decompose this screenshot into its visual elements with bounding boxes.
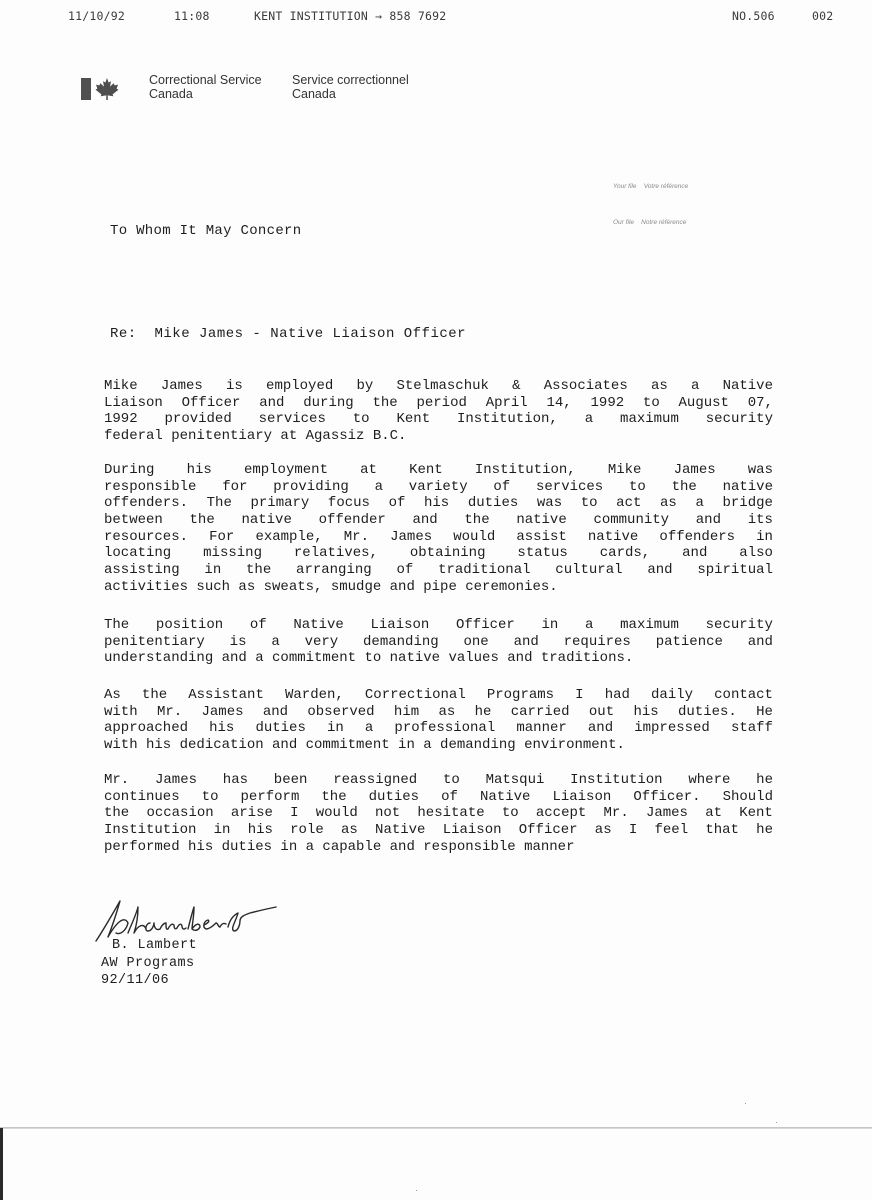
word: providing	[273, 479, 349, 496]
paragraph-line: resources.Forexample,Mr.Jameswouldassist…	[104, 529, 773, 546]
fax-page-number: 002	[812, 9, 833, 23]
word: has	[223, 772, 248, 789]
word: Programs	[487, 687, 554, 704]
subject-line: Re: Mike James - Native Liaison Officer	[110, 326, 466, 342]
paragraph-line: assistinginthearrangingoftraditionalcult…	[104, 562, 773, 579]
word: Mike	[608, 462, 642, 479]
word: where	[688, 772, 730, 789]
word: Liaison	[552, 789, 611, 806]
word: services	[259, 411, 326, 428]
word: as	[341, 822, 358, 839]
word: between	[104, 512, 163, 529]
word: security	[706, 617, 773, 634]
word: obtaining	[410, 545, 486, 562]
word: as	[651, 378, 668, 395]
word: provided	[165, 411, 232, 428]
paragraph-line-words: betweenthenativeoffenderandthenativecomm…	[104, 512, 773, 529]
word: the	[246, 562, 271, 579]
word: and	[696, 512, 721, 529]
word: hesitate	[417, 805, 484, 822]
word: in	[542, 617, 559, 634]
word: Officer	[182, 395, 241, 412]
word: approached	[104, 720, 188, 737]
fax-number: NO.506	[732, 9, 775, 23]
word: Liaison	[443, 822, 502, 839]
word: its	[748, 512, 773, 529]
word: position	[156, 617, 223, 634]
word: duties	[369, 789, 419, 806]
word: the	[672, 479, 697, 496]
word: traditional	[438, 562, 530, 579]
our-file-reference-label: Our file Notre référence	[613, 219, 686, 226]
word: The	[207, 495, 232, 512]
word: duties	[468, 495, 518, 512]
word: Native	[375, 822, 425, 839]
word: duties.	[678, 704, 737, 721]
fax-time: 11:08	[174, 9, 210, 23]
word: Native	[480, 789, 530, 806]
paragraph-line: locatingmissingrelatives,obtainingstatus…	[104, 545, 773, 562]
scan-speck	[776, 1122, 777, 1123]
fax-sender: KENT INSTITUTION → 858 7692	[254, 9, 446, 23]
word: the	[464, 512, 489, 529]
word: is	[230, 634, 247, 651]
word: James	[155, 772, 197, 789]
word: native	[516, 512, 566, 529]
word: Native	[293, 617, 343, 634]
paragraph-line-words: responsibleforprovidingavarietyofservice…	[104, 479, 773, 496]
paragraph-line-words: continuestoperformthedutiesofNativeLiais…	[104, 789, 773, 806]
letter-paragraph: DuringhisemploymentatKentInstitution,Mik…	[104, 462, 773, 596]
word: focus	[328, 495, 370, 512]
word: James	[201, 704, 243, 721]
word: a	[695, 495, 703, 512]
word: a	[365, 720, 373, 737]
word: his	[248, 822, 273, 839]
paragraph-line: performed his duties in a capable and re…	[104, 839, 773, 856]
word: relatives,	[294, 545, 378, 562]
word: accept	[536, 805, 586, 822]
word: maximum	[620, 617, 679, 634]
word: April	[486, 395, 528, 412]
word: During	[104, 462, 154, 479]
word: impressed	[634, 720, 710, 737]
word: that	[705, 822, 739, 839]
paragraph-line-words: ThepositionofNativeLiaisonOfficerinamaxi…	[104, 617, 773, 634]
agency-fr-line1: Service correctionnel	[292, 73, 409, 87]
maple-leaf-icon	[95, 78, 119, 100]
word: Mr.	[604, 805, 629, 822]
word: services	[536, 479, 603, 496]
word: of	[441, 789, 458, 806]
paragraph-line-words: Mr.JameshasbeenreassignedtoMatsquiInstit…	[104, 772, 773, 789]
agency-en-line2: Canada	[149, 87, 262, 101]
paragraph-line: 1992providedservicestoKentInstitution,am…	[104, 411, 773, 428]
word: James	[161, 378, 203, 395]
paragraph-line: continuestoperformthedutiesofNativeLiais…	[104, 789, 773, 806]
word: and	[748, 634, 773, 651]
word: Associates	[544, 378, 628, 395]
word: arranging	[296, 562, 372, 579]
word: missing	[203, 545, 262, 562]
word: was	[748, 462, 773, 479]
word: of	[396, 562, 413, 579]
word: offenders	[659, 529, 735, 546]
word: is	[226, 378, 243, 395]
word: him	[394, 704, 419, 721]
word: observed	[307, 704, 374, 721]
word: out	[589, 704, 614, 721]
word: resources.	[104, 529, 188, 546]
word: Officer.	[633, 789, 700, 806]
word: variety	[409, 479, 468, 496]
word: had	[605, 687, 630, 704]
word: role	[290, 822, 324, 839]
word: staff	[731, 720, 773, 737]
signatory-name: B. Lambert	[112, 938, 197, 953]
word: to	[443, 772, 460, 789]
word: He	[756, 704, 773, 721]
word: I	[290, 805, 298, 822]
word: native	[588, 529, 638, 546]
word: a	[691, 378, 699, 395]
word: carried	[511, 704, 570, 721]
word: status	[517, 545, 567, 562]
word: with	[104, 704, 138, 721]
word: and	[647, 562, 672, 579]
paragraph-line-words: locatingmissingrelatives,obtainingstatus…	[104, 545, 773, 562]
paragraph-line: DuringhisemploymentatKentInstitution,Mik…	[104, 462, 773, 479]
paragraph-line-words: MikeJamesisemployedbyStelmaschuk&Associa…	[104, 378, 773, 395]
word: Institution	[104, 822, 196, 839]
word: primary	[250, 495, 309, 512]
word: and	[263, 704, 288, 721]
word: his	[424, 495, 449, 512]
word: Kent	[396, 411, 430, 428]
word: demanding	[363, 634, 439, 651]
word: very	[305, 634, 339, 651]
word: for	[222, 479, 247, 496]
paragraph-line: ThepositionofNativeLiaisonOfficerinamaxi…	[104, 617, 773, 634]
word: bridge	[722, 495, 772, 512]
word: daily	[651, 687, 693, 704]
word: of	[389, 495, 406, 512]
word: employment	[244, 462, 328, 479]
word: been	[274, 772, 308, 789]
word: to	[643, 395, 660, 412]
paragraph-line-words: withMr.Jamesandobservedhimashecarriedout…	[104, 704, 773, 721]
paragraph-line-words: AstheAssistantWarden,CorrectionalProgram…	[104, 687, 773, 704]
word: a	[585, 411, 593, 428]
paragraph-line: offenders.Theprimaryfocusofhisdutieswast…	[104, 495, 773, 512]
word: a	[585, 617, 593, 634]
word: in	[204, 562, 221, 579]
word: the	[142, 687, 167, 704]
letter-paragraph: MikeJamesisemployedbyStelmaschuk&Associa…	[104, 378, 773, 445]
word: security	[706, 411, 773, 428]
word: assist	[516, 529, 566, 546]
word: not	[375, 805, 400, 822]
word: Correctional	[365, 687, 466, 704]
word: during	[303, 395, 353, 412]
word: maximum	[620, 411, 679, 428]
word: Kent	[409, 462, 443, 479]
word: Institution	[570, 772, 662, 789]
word: the	[104, 805, 129, 822]
word: Mike	[104, 378, 138, 395]
word: he	[475, 704, 492, 721]
word: assisting	[104, 562, 180, 579]
paragraph-line-words: InstitutioninhisroleasNativeLiaisonOffic…	[104, 822, 773, 839]
agency-en-line1: Correctional Service	[149, 73, 262, 87]
word: reassigned	[333, 772, 417, 789]
word: would	[453, 529, 495, 546]
word: &	[512, 378, 520, 395]
paragraph-line: InstitutioninhisroleasNativeLiaisonOffic…	[104, 822, 773, 839]
word: I	[629, 822, 637, 839]
word: to	[581, 495, 598, 512]
word: Assistant	[188, 687, 264, 704]
paragraph-line: responsibleforprovidingavarietyofservice…	[104, 479, 773, 496]
paragraph-line: penitentiaryisaverydemandingoneandrequir…	[104, 634, 773, 651]
word: as	[595, 822, 612, 839]
paragraph-line: activities such as sweats, smudge and pi…	[104, 579, 773, 596]
paragraph-line: AstheAssistantWarden,CorrectionalProgram…	[104, 687, 773, 704]
salutation: To Whom It May Concern	[110, 223, 301, 239]
fax-date: 11/10/92	[68, 9, 125, 23]
word: continues	[104, 789, 180, 806]
word: Mr.	[157, 704, 182, 721]
word: Institution,	[457, 411, 558, 428]
word: of	[493, 479, 510, 496]
word: by	[356, 378, 373, 395]
paragraph-line-words: 1992providedservicestoKentInstitution,am…	[104, 411, 773, 428]
word: and	[259, 395, 284, 412]
paragraph-line: approachedhisdutiesinaprofessionalmanner…	[104, 720, 773, 737]
word: in	[756, 529, 773, 546]
word: would	[316, 805, 358, 822]
word: act	[616, 495, 641, 512]
word: the	[321, 789, 346, 806]
word: to	[202, 789, 219, 806]
paragraph-line: federal penitentiary at Agassiz B.C.	[104, 428, 773, 445]
word: For	[209, 529, 234, 546]
word: a	[375, 479, 383, 496]
word: at	[360, 462, 377, 479]
word: Mr.	[344, 529, 369, 546]
word: The	[104, 617, 129, 634]
flag-bar	[81, 78, 91, 100]
word: penitentiary	[104, 634, 205, 651]
word: Liaison	[370, 617, 429, 634]
scan-speck	[745, 1103, 746, 1104]
paragraph-line: with his dedication and commitment in a …	[104, 737, 773, 754]
word: perform	[241, 789, 300, 806]
scan-page-edge	[0, 1127, 872, 1129]
word: example,	[255, 529, 322, 546]
word: feel	[654, 822, 688, 839]
signature-date: 92/11/06	[101, 973, 169, 988]
word: contact	[714, 687, 773, 704]
paragraph-line-words: approachedhisdutiesinaprofessionalmanner…	[104, 720, 773, 737]
word: in	[214, 822, 231, 839]
word: of	[250, 617, 267, 634]
word: James	[390, 529, 432, 546]
word: to	[353, 411, 370, 428]
word: the	[372, 395, 397, 412]
word: As	[104, 687, 121, 704]
word: his	[187, 462, 212, 479]
paragraph-line: betweenthenativeoffenderandthenativecomm…	[104, 512, 773, 529]
word: August	[679, 395, 729, 412]
word: as	[438, 704, 455, 721]
word: offender	[319, 512, 386, 529]
word: Institution,	[475, 462, 576, 479]
word: 1992	[104, 411, 138, 428]
word: duties	[255, 720, 305, 737]
word: offenders.	[104, 495, 188, 512]
word: native	[723, 479, 773, 496]
paragraph-line-words: offenders.Theprimaryfocusofhisdutieswast…	[104, 495, 773, 512]
word: to	[502, 805, 519, 822]
word: Native	[723, 378, 773, 395]
word: his	[633, 704, 658, 721]
word: occasion	[146, 805, 213, 822]
word: he	[756, 772, 773, 789]
paragraph-line: theoccasionariseIwouldnothesitatetoaccep…	[104, 805, 773, 822]
word: one	[464, 634, 489, 651]
word: 1992	[591, 395, 625, 412]
word: spiritual	[697, 562, 773, 579]
paragraph-line-words: theoccasionariseIwouldnothesitatetoaccep…	[104, 805, 773, 822]
paragraph-line: Mr.JameshasbeenreassignedtoMatsquiInstit…	[104, 772, 773, 789]
word: professional	[394, 720, 495, 737]
your-file-reference-label: Your file Votre référence	[613, 183, 688, 190]
word: manner	[516, 720, 566, 737]
word: his	[209, 720, 234, 737]
word: cultural	[555, 562, 622, 579]
paragraph-line: withMr.Jamesandobservedhimashecarriedout…	[104, 704, 773, 721]
word: community	[593, 512, 669, 529]
letter-paragraph: Mr.JameshasbeenreassignedtoMatsquiInstit…	[104, 772, 773, 855]
agency-fr-line2: Canada	[292, 87, 409, 101]
word: Officer	[519, 822, 578, 839]
word: employed	[266, 378, 333, 395]
word: was	[537, 495, 562, 512]
word: Warden,	[285, 687, 344, 704]
word: he	[756, 822, 773, 839]
word: and	[682, 545, 707, 562]
word: Stelmaschuk	[396, 378, 488, 395]
word: I	[575, 687, 583, 704]
scan-speck	[416, 1190, 417, 1191]
signatory-title: AW Programs	[101, 956, 195, 971]
word: James	[646, 805, 688, 822]
word: Officer	[456, 617, 515, 634]
word: James	[674, 462, 716, 479]
agency-name-french: Service correctionnel Canada	[292, 73, 409, 101]
word: 14,	[547, 395, 572, 412]
word: Mr.	[104, 772, 129, 789]
word: Kent	[739, 805, 773, 822]
word: to	[629, 479, 646, 496]
paragraph-line-words: resources.Forexample,Mr.Jameswouldassist…	[104, 529, 773, 546]
word: as	[660, 495, 677, 512]
word: cards,	[600, 545, 650, 562]
paragraph-line: LiaisonOfficerandduringtheperiodApril14,…	[104, 395, 773, 412]
word: the	[190, 512, 215, 529]
word: arise	[231, 805, 273, 822]
word: Matsqui	[486, 772, 545, 789]
paragraph-line-words: LiaisonOfficerandduringtheperiodApril14,…	[104, 395, 773, 412]
word: patience	[656, 634, 723, 651]
word: a	[271, 634, 279, 651]
word: Liaison	[104, 395, 163, 412]
letter-paragraph: AstheAssistantWarden,CorrectionalProgram…	[104, 687, 773, 754]
word: also	[739, 545, 773, 562]
letter-paragraph: ThepositionofNativeLiaisonOfficerinamaxi…	[104, 617, 773, 667]
word: native	[241, 512, 291, 529]
paragraph-line-words: penitentiaryisaverydemandingoneandrequir…	[104, 634, 773, 651]
paragraph-line-words: assistinginthearrangingoftraditionalcult…	[104, 562, 773, 579]
canada-flag-maple-leaf-icon	[81, 77, 121, 101]
word: responsible	[104, 479, 196, 496]
scan-border	[0, 1128, 3, 1200]
word: locating	[104, 545, 171, 562]
word: requires	[564, 634, 631, 651]
word: at	[705, 805, 722, 822]
word: and	[412, 512, 437, 529]
agency-name-english: Correctional Service Canada	[149, 73, 262, 101]
word: in	[327, 720, 344, 737]
word: and	[514, 634, 539, 651]
word: period	[416, 395, 466, 412]
word: Should	[723, 789, 773, 806]
word: 07,	[748, 395, 773, 412]
paragraph-line-words: DuringhisemploymentatKentInstitution,Mik…	[104, 462, 773, 479]
paragraph-line: MikeJamesisemployedbyStelmaschuk&Associa…	[104, 378, 773, 395]
fax-page: 11/10/92 11:08 KENT INSTITUTION → 858 76…	[0, 0, 872, 1200]
paragraph-line: understanding and a commitment to native…	[104, 650, 773, 667]
word: and	[588, 720, 613, 737]
